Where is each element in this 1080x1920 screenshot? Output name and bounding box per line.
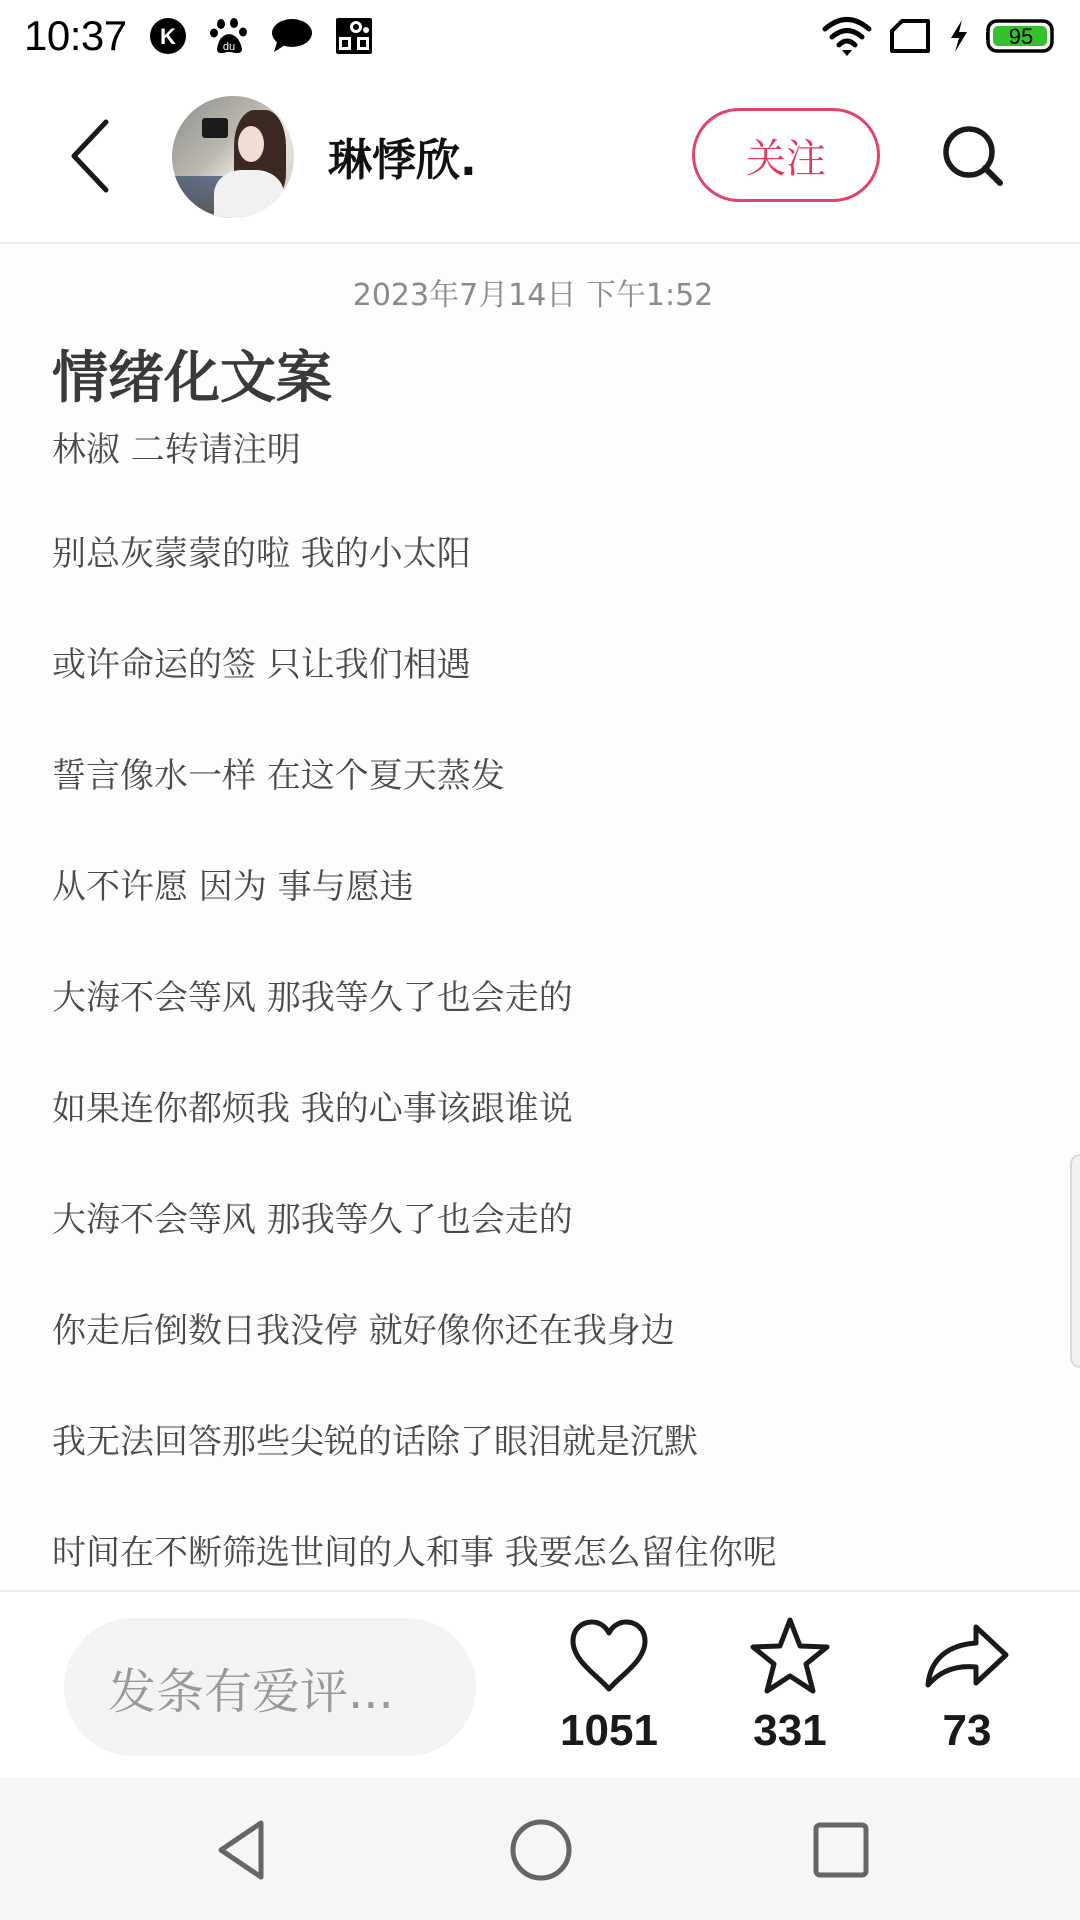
wifi-icon xyxy=(822,16,872,56)
like-count: 1051 xyxy=(560,1706,658,1756)
nav-recents-button[interactable] xyxy=(796,1810,886,1890)
status-time: 10:37 xyxy=(24,12,127,60)
share-count: 73 xyxy=(943,1706,992,1756)
post-line: 时间在不断筛选世间的人和事 我要怎么留住你呢 xyxy=(52,1533,777,1590)
like-button[interactable]: 1051 xyxy=(544,1616,674,1756)
post-line: 或许命运的签 只让我们相遇 xyxy=(52,645,777,756)
post-line: 别总灰蒙蒙的啦 我的小太阳 xyxy=(52,534,777,645)
post-line: 如果连你都烦我 我的心事该跟谁说 xyxy=(52,1089,777,1200)
favorite-count: 331 xyxy=(753,1706,826,1756)
nav-home-icon xyxy=(509,1818,573,1882)
username[interactable]: 琳悸欣. xyxy=(328,124,477,188)
svg-text:K: K xyxy=(160,24,176,49)
post-line: 你走后倒数日我没停 就好像你还在我身边 xyxy=(52,1311,777,1422)
back-button[interactable] xyxy=(60,116,120,196)
share-button[interactable]: 73 xyxy=(902,1616,1032,1756)
chevron-left-icon xyxy=(68,118,112,194)
charging-bolt-icon xyxy=(948,18,970,54)
post-title: 情绪化文案 xyxy=(52,334,332,414)
scrollbar-handle[interactable] xyxy=(1070,1154,1080,1368)
post-line: 我无法回答那些尖锐的话除了眼泪就是沉默 xyxy=(52,1422,777,1533)
battery-icon: 95 xyxy=(986,17,1056,55)
profile-header: 琳悸欣. 关注 xyxy=(0,72,1080,244)
nav-recents-icon xyxy=(811,1820,871,1880)
video-app-icon xyxy=(335,17,373,55)
nav-back-icon xyxy=(213,1819,269,1881)
nav-back-button[interactable] xyxy=(196,1810,286,1890)
heart-icon xyxy=(567,1616,651,1696)
post-subtitle: 林淑 二转请注明 xyxy=(52,422,301,471)
post-line: 从不许愿 因为 事与愿违 xyxy=(52,867,777,978)
battery-level: 95 xyxy=(1009,24,1033,49)
star-icon xyxy=(749,1616,831,1696)
status-bar: 10:37 K du 95 xyxy=(0,0,1080,72)
post-line: 大海不会等风 那我等久了也会走的 xyxy=(52,978,777,1089)
system-icons: 95 xyxy=(822,16,1056,56)
post-line: 誓言像水一样 在这个夏天蒸发 xyxy=(52,756,777,867)
action-bar: 发条有爱评... 1051 331 73 xyxy=(0,1590,1080,1778)
follow-button[interactable]: 关注 xyxy=(692,108,880,202)
share-arrow-icon xyxy=(922,1616,1012,1696)
search-icon xyxy=(940,123,1006,189)
comment-input[interactable]: 发条有爱评... xyxy=(64,1618,476,1756)
nav-home-button[interactable] xyxy=(496,1810,586,1890)
baidu-paw-icon: du xyxy=(209,17,249,55)
svg-text:du: du xyxy=(222,41,234,53)
post-body: 别总灰蒙蒙的啦 我的小太阳 或许命运的签 只让我们相遇 誓言像水一样 在这个夏天… xyxy=(52,534,777,1590)
kuaishou-k-icon: K xyxy=(149,17,187,55)
search-button[interactable] xyxy=(938,116,1008,196)
post-timestamp: 2023年7月14日 下午1:52 xyxy=(0,270,1066,314)
chat-bubble-icon xyxy=(271,18,313,54)
post-line: 大海不会等风 那我等久了也会走的 xyxy=(52,1200,777,1311)
notification-icons: K du xyxy=(149,17,373,55)
sim-card-icon xyxy=(888,18,932,54)
favorite-button[interactable]: 331 xyxy=(725,1616,855,1756)
avatar[interactable] xyxy=(172,96,294,218)
post-content: 2023年7月14日 下午1:52 情绪化文案 林淑 二转请注明 别总灰蒙蒙的啦… xyxy=(0,246,1080,1590)
system-nav-bar xyxy=(0,1778,1080,1920)
